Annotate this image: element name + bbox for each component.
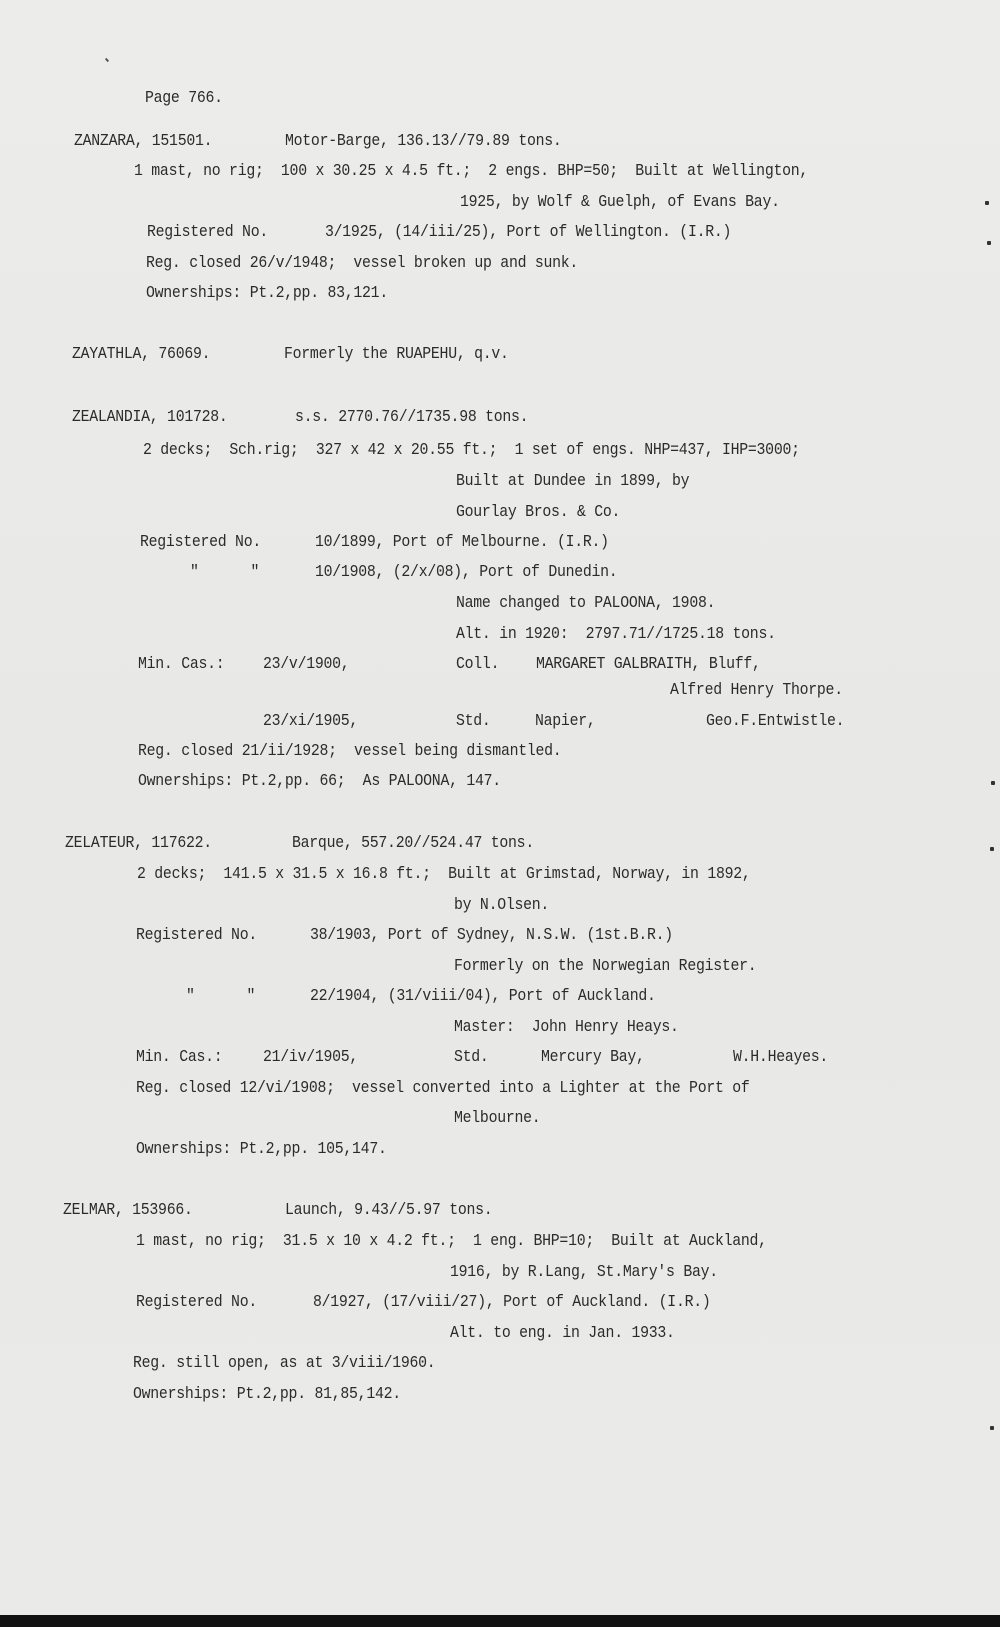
casualty-type: Std. xyxy=(454,1047,489,1067)
vessel-builder: by N.Olsen. xyxy=(454,895,549,915)
vessel-dimensions: 1 mast, no rig; 100 x 30.25 x 4.5 ft.; 2… xyxy=(134,161,808,181)
ownerships: Ownerships: Pt.2,pp. 66; As PALOONA, 147… xyxy=(138,771,501,791)
vessel-name: ZELATEUR, 117622. xyxy=(65,833,212,853)
vessel-builder-1: Built at Dundee in 1899, by xyxy=(456,471,689,491)
vessel-dimensions: 2 decks; 141.5 x 31.5 x 16.8 ft.; Built … xyxy=(137,864,751,884)
ditto-marks: " " xyxy=(190,562,259,582)
casualty-label: Min. Cas.: xyxy=(136,1047,222,1067)
casualty-type: Std. xyxy=(456,711,491,731)
casualty-date: 21/iv/1905, xyxy=(263,1047,358,1067)
vessel-type: Launch, 9.43//5.97 tons. xyxy=(285,1200,492,1220)
casualty-master: Geo.F.Entwistle. xyxy=(706,711,844,731)
registered-label: Registered No. xyxy=(136,925,257,945)
casualty-label: Min. Cas.: xyxy=(138,654,224,674)
registered-value-2: 10/1908, (2/x/08), Port of Dunedin. xyxy=(315,562,617,582)
casualty-detail: MARGARET GALBRAITH, Bluff, xyxy=(536,654,761,674)
registered-value: 8/1927, (17/viii/27), Port of Auckland. … xyxy=(313,1292,711,1312)
casualty-place: Napier, xyxy=(535,711,595,731)
vessel-name: ZEALANDIA, 101728. xyxy=(72,407,228,427)
registered-value-1: 38/1903, Port of Sydney, N.S.W. (1st.B.R… xyxy=(310,925,673,945)
ownerships: Ownerships: Pt.2,pp. 81,85,142. xyxy=(133,1384,401,1404)
margin-speck xyxy=(991,781,995,785)
vessel-type: Barque, 557.20//524.47 tons. xyxy=(292,833,534,853)
margin-speck xyxy=(990,1426,994,1430)
casualty-master: Alfred Henry Thorpe. xyxy=(670,680,843,700)
registered-value: 3/1925, (14/iii/25), Port of Wellington.… xyxy=(325,222,731,242)
vessel-builder: 1925, by Wolf & Guelph, of Evans Bay. xyxy=(460,192,780,212)
alteration: Alt. in 1920: 2797.71//1725.18 tons. xyxy=(456,624,776,644)
vessel-type: Motor-Barge, 136.13//79.89 tons. xyxy=(285,131,562,151)
vessel-type: Formerly the RUAPEHU, q.v. xyxy=(284,344,509,364)
margin-speck xyxy=(985,201,989,205)
vessel-name: ZANZARA, 151501. xyxy=(74,131,212,151)
vessel-builder: 1916, by R.Lang, St.Mary's Bay. xyxy=(450,1262,718,1282)
alteration: Alt. to eng. in Jan. 1933. xyxy=(450,1323,675,1343)
ownerships: Ownerships: Pt.2,pp. 105,147. xyxy=(136,1139,387,1159)
margin-speck xyxy=(990,847,994,851)
vessel-builder-2: Gourlay Bros. & Co. xyxy=(456,502,620,522)
registered-label: Registered No. xyxy=(136,1292,257,1312)
vessel-dimensions: 1 mast, no rig; 31.5 x 10 x 4.2 ft.; 1 e… xyxy=(136,1231,767,1251)
casualty-master: W.H.Heayes. xyxy=(733,1047,828,1067)
scan-border xyxy=(0,1615,1000,1627)
registered-label: Registered No. xyxy=(147,222,268,242)
registered-label: Registered No. xyxy=(140,532,261,552)
registry-status: Reg. still open, as at 3/viii/1960. xyxy=(133,1353,435,1373)
vessel-name: ZELMAR, 153966. xyxy=(63,1200,193,1220)
vessel-dimensions: 2 decks; Sch.rig; 327 x 42 x 20.55 ft.; … xyxy=(143,440,800,460)
registry-closed-cont: Melbourne. xyxy=(454,1108,540,1128)
registered-value-1: 10/1899, Port of Melbourne. (I.R.) xyxy=(315,532,609,552)
scan-mark xyxy=(105,58,109,62)
registry-closed: Reg. closed 21/ii/1928; vessel being dis… xyxy=(138,741,561,761)
casualty-date: 23/xi/1905, xyxy=(263,711,358,731)
ownerships: Ownerships: Pt.2,pp. 83,121. xyxy=(146,283,388,303)
document-page: Page 766. ZANZARA, 151501. Motor-Barge, … xyxy=(0,0,1000,1615)
registered-value-2: 22/1904, (31/viii/04), Port of Auckland. xyxy=(310,986,656,1006)
master: Master: John Henry Heays. xyxy=(454,1017,679,1037)
formerly-note: Formerly on the Norwegian Register. xyxy=(454,956,756,976)
margin-speck xyxy=(987,241,991,245)
vessel-name: ZAYATHLA, 76069. xyxy=(72,344,210,364)
casualty-place: Mercury Bay, xyxy=(541,1047,645,1067)
registry-closed: Reg. closed 12/vi/1908; vessel converted… xyxy=(136,1078,750,1098)
ditto-marks: " " xyxy=(186,986,255,1006)
page-number: Page 766. xyxy=(145,88,223,108)
casualty-type: Coll. xyxy=(456,654,499,674)
registry-closed: Reg. closed 26/v/1948; vessel broken up … xyxy=(146,253,578,273)
vessel-type: s.s. 2770.76//1735.98 tons. xyxy=(295,407,528,427)
casualty-date: 23/v/1900, xyxy=(263,654,349,674)
name-change: Name changed to PALOONA, 1908. xyxy=(456,593,715,613)
